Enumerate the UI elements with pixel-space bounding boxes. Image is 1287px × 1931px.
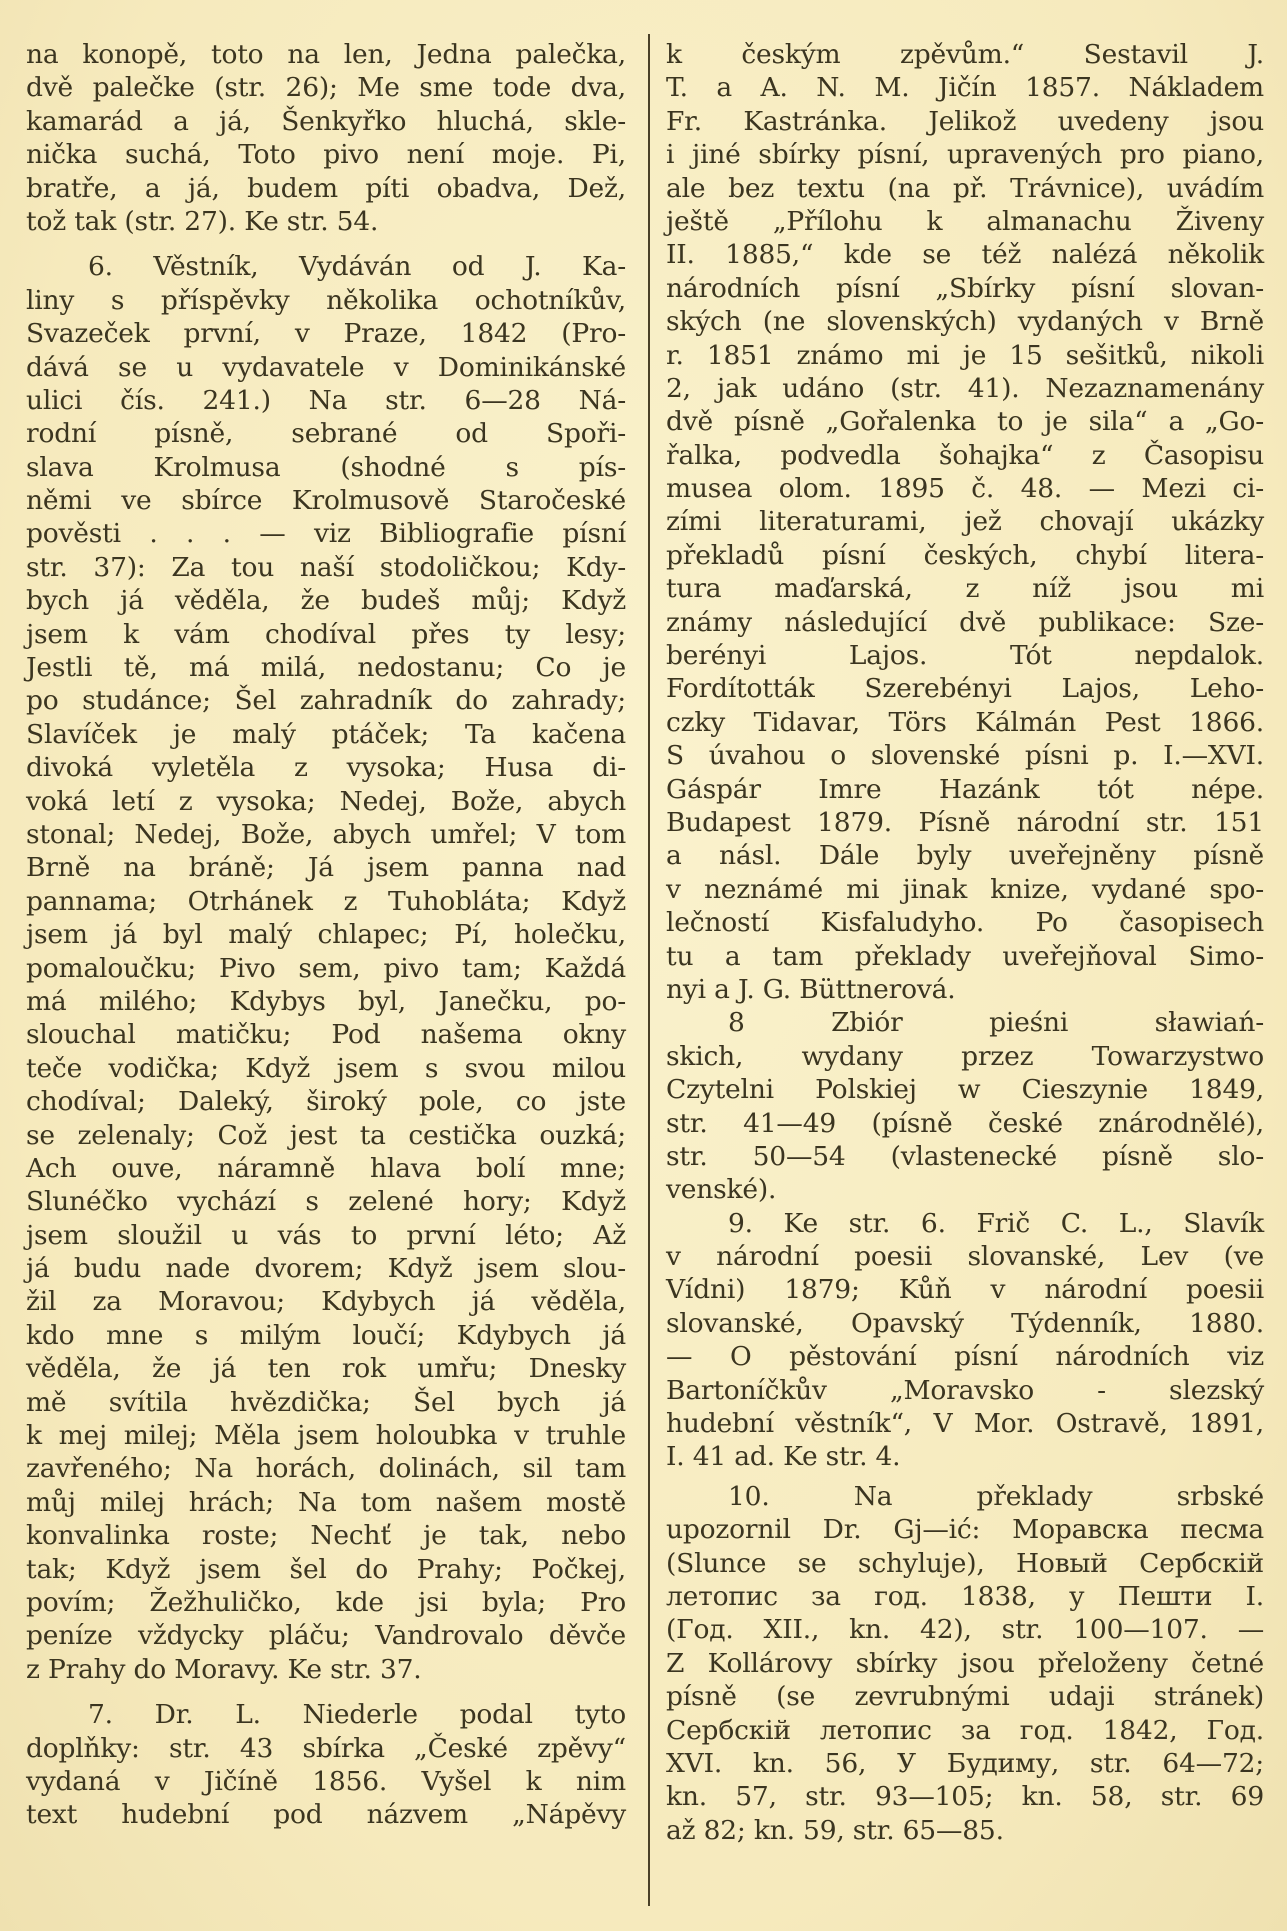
text-line: dvě palečke (str. 26); Me sme tode dva, (26, 71, 626, 104)
text-line: známy následující dvě publikace: Sze- (666, 606, 1264, 639)
text-line: má milého; Kdybys byl, Janečku, po- (26, 985, 626, 1018)
text-line: str. 37): Za tou naší stodoličkou; Kdy- (26, 551, 626, 584)
paragraph-item-7-continuation: k českým zpěvům.“ Sestavil J. T. a A. N.… (666, 38, 1264, 1006)
text-line: lečností Kisfaludyho. Po časopisech (666, 906, 1264, 939)
text-line: k českým zpěvům.“ Sestavil J. (666, 38, 1264, 71)
text-line: teče vodička; Když jsem s svou milou (26, 1052, 626, 1085)
text-line: slovanské, Opavský Týdenník, 1880. (666, 1307, 1264, 1340)
text-line: vydaná v Jičíně 1856. Vyšel k nim (26, 1765, 626, 1798)
text-line: tura maďarská, z níž jsou mi (666, 572, 1264, 605)
text-line: voká letí z vysoka; Nedej, Bože, abych (26, 785, 626, 818)
text-line: i jiné sbírky písní, upravených pro pian… (666, 138, 1264, 171)
text-line: r. 1851 známo mi je 15 sešitků, nikoli (666, 339, 1264, 372)
text-line: písně (se zevrubnými udaji stránek) (666, 1680, 1264, 1713)
text-line: ských (ne slovenských) vydaných v Brně (666, 305, 1264, 338)
text-line: летопис за год. 1838, у Пешти I. (666, 1580, 1264, 1613)
text-line: mě svítila hvězdička; Šel bych já (26, 1386, 626, 1419)
text-line: až 82; kn. 59, str. 65—85. (666, 1814, 1264, 1847)
left-column: na konopě, toto na len, Jedna palečka, d… (26, 38, 626, 1832)
text-line: Fr. Kastránka. Jelikož uvedeny jsou (666, 105, 1264, 138)
text-line: kdo mne s milým loučí; Kdybych já (26, 1319, 626, 1352)
text-line: Vídni) 1879; Kůň v národní poesii (666, 1273, 1264, 1306)
text-line: povím; Žežhuličko, kde jsi byla; Pro (26, 1586, 626, 1619)
paragraph-item-7: 7. Dr. L. Niederle podal tyto doplňky: s… (26, 1698, 626, 1832)
text-line: jsem k vám chodíval přes ty lesy; (26, 618, 626, 651)
text-line: I. 41 ad. Ke str. 4. (666, 1440, 1264, 1473)
paragraph-item-8: 8 Zbiór pieśni sławiań- skich, wydany pr… (666, 1006, 1264, 1206)
text-line: XVI. kn. 56, У Будиму, str. 64—72; (666, 1747, 1264, 1780)
book-page: na konopě, toto na len, Jedna palečka, d… (0, 0, 1287, 1931)
text-line: II. 1885,“ kde se též nalézá několik (666, 238, 1264, 271)
text-line: slouchal matičku; Pod našema okny (26, 1018, 626, 1051)
text-line: ale bez textu (na př. Trávnice), uvádím (666, 172, 1264, 205)
text-line: po studánce; Šel zahradník do zahrady; (26, 684, 626, 717)
text-line: tož tak (str. 27). Ke str. 54. (26, 205, 626, 238)
text-line: dvě písně „Gořalenka to je sila“ a „Go- (666, 405, 1264, 438)
text-line: k mej milej; Měla jsem holoubka v truhle (26, 1419, 626, 1452)
text-line: (Год. XII., kn. 42), str. 100—107. — (666, 1613, 1264, 1646)
text-line: venské). (666, 1173, 1264, 1206)
text-line: Fordították Szerebényi Lajos, Leho- (666, 672, 1264, 705)
text-line: němi ve sbírce Krolmusově Staročeské (26, 484, 626, 517)
text-line: Ach ouve, náramně hlava bolí mne; (26, 1152, 626, 1185)
paragraph-gap (26, 1686, 626, 1698)
text-line: dává se u vydavatele v Dominikánské (26, 351, 626, 384)
paragraph-continuation: na konopě, toto na len, Jedna palečka, d… (26, 38, 626, 238)
text-line: 2, jak udáno (str. 41). Nezaznamenány (666, 372, 1264, 405)
text-line: věděla, že já ten rok umřu; Dnesky (26, 1352, 626, 1385)
text-line: Slavíček je malý ptáček; Ta kačena (26, 718, 626, 751)
text-line: 8 Zbiór pieśni sławiań- (666, 1006, 1264, 1039)
text-line: Gáspár Imre Hazánk tót népe. (666, 773, 1264, 806)
text-line: já budu nade dvorem; Když jsem slou- (26, 1252, 626, 1285)
text-line: Bartoníčkův „Moravsko - slezský (666, 1374, 1264, 1407)
text-line: můj milej hrách; Na tom našem mostě (26, 1486, 626, 1519)
text-line: 6. Věstník, Vydáván od J. Ka- (26, 250, 626, 283)
text-line: pověsti . . . — viz Bibliografie písní (26, 517, 626, 550)
text-line: Jestli tě, má milá, nedostanu; Co je (26, 651, 626, 684)
text-line: czky Tidavar, Törs Kálmán Pest 1866. (666, 706, 1264, 739)
text-line: Svazeček první, v Praze, 1842 (Pro- (26, 317, 626, 350)
text-line: národních písní „Sbírky písní slovan- (666, 272, 1264, 305)
text-line: tak; Když jsem šel do Prahy; Počkej, (26, 1553, 626, 1586)
text-line: liny s příspěvky několika ochotníkův, (26, 284, 626, 317)
text-line: peníze vždycky pláču; Vandrovalo děvče (26, 1619, 626, 1652)
text-line: Z Kollárovy sbírky jsou přeloženy četné (666, 1647, 1264, 1680)
text-line: zími literaturami, jež chovají ukázky (666, 505, 1264, 538)
text-line: tu a tam překlady uveřejňoval Simo- (666, 940, 1264, 973)
text-line: z Prahy do Moravy. Ke str. 37. (26, 1653, 626, 1686)
text-line: str. 50—54 (vlastenecké písně slo- (666, 1140, 1264, 1173)
text-line: se zelenaly; Což jest ta cestička ouzká; (26, 1119, 626, 1152)
paragraph-gap (26, 238, 626, 250)
text-line: chodíval; Daleký, široký pole, co jste (26, 1085, 626, 1118)
paragraph-item-10: 10. Na překlady srbské upozornil Dr. Gj—… (666, 1480, 1264, 1847)
text-line: řalka, podvedla šohajka“ z Časopisu (666, 439, 1264, 472)
text-line: Slunéčko vychází s zelené hory; Když (26, 1185, 626, 1218)
text-line: v neznámé mi jinak knize, vydané spo- (666, 873, 1264, 906)
text-line: kn. 57, str. 93—105; kn. 58, str. 69 (666, 1780, 1264, 1813)
text-line: v národní poesii slovanské, Lev (ve (666, 1240, 1264, 1273)
text-line: 9. Ke str. 6. Frič C. L., Slavík (666, 1207, 1264, 1240)
text-line: Czytelni Polskiej w Cieszynie 1849, (666, 1073, 1264, 1106)
text-line: ulici čís. 241.) Na str. 6—28 Ná- (26, 384, 626, 417)
paragraph-item-9: 9. Ke str. 6. Frič C. L., Slavík v národ… (666, 1207, 1264, 1474)
text-line: jsem já byl malý chlapec; Pí, holečku, (26, 918, 626, 951)
text-line: bratře, a já, budem píti obadva, Dež, (26, 172, 626, 205)
text-line: nyi a J. G. Büttnerová. (666, 973, 1264, 1006)
text-line: žil za Moravou; Kdybych já věděla, (26, 1285, 626, 1318)
text-line: hudební věstník“, V Mor. Ostravě, 1891, (666, 1407, 1264, 1440)
right-column: k českým zpěvům.“ Sestavil J. T. a A. N.… (666, 38, 1264, 1847)
text-line: slava Krolmusa (shodné s pís- (26, 451, 626, 484)
text-line: nička suchá, Toto pivo není moje. Pi, (26, 138, 626, 171)
text-line: str. 41—49 (písně české znárodnělé), (666, 1107, 1264, 1140)
text-line: překladů písní českých, chybí litera- (666, 539, 1264, 572)
text-line: pannama; Otrhánek z Tuhobláta; Když (26, 885, 626, 918)
text-line: bych já věděla, že budeš můj; Když (26, 584, 626, 617)
text-line: skich, wydany przez Towarzystwo (666, 1040, 1264, 1073)
text-line: — O pěstování písní národních viz (666, 1340, 1264, 1373)
text-line: musea olom. 1895 č. 48. — Mezi ci- (666, 472, 1264, 505)
text-line: pomaloučku; Pivo sem, pivo tam; Každá (26, 952, 626, 985)
column-divider (648, 34, 650, 1906)
text-line: 7. Dr. L. Niederle podal tyto (26, 1698, 626, 1731)
text-line: rodní písně, sebrané od Spoři- (26, 417, 626, 450)
text-line: stonal; Nedej, Bože, abych umřel; V tom (26, 818, 626, 851)
text-line: upozornil Dr. Gj—ić: Моравска песма (666, 1513, 1264, 1546)
text-line: zavřeného; Na horách, dolinách, sil tam (26, 1452, 626, 1485)
text-line: text hudební pod názvem „Nápěvy (26, 1798, 626, 1831)
text-line: S úvahou o slovenské písni p. I.—XVI. (666, 739, 1264, 772)
text-line: Brně na bráně; Já jsem panna nad (26, 851, 626, 884)
text-line: berényi Lajos. Tót nepdalok. (666, 639, 1264, 672)
text-line: divoká vyletěla z vysoka; Husa di- (26, 751, 626, 784)
text-line: a násl. Dále byly uveřejněny písně (666, 839, 1264, 872)
text-line: na konopě, toto na len, Jedna palečka, (26, 38, 626, 71)
text-line: 10. Na překlady srbské (666, 1480, 1264, 1513)
paragraph-item-6: 6. Věstník, Vydáván od J. Ka- liny s pří… (26, 250, 626, 1686)
text-line: konvalinka roste; Nechť je tak, nebo (26, 1519, 626, 1552)
text-line: jsem sloužil u vás to první léto; Až (26, 1219, 626, 1252)
text-line: ještě „Přílohu k almanachu Živeny (666, 205, 1264, 238)
text-line: kamarád a já, Šenkyřko hluchá, skle- (26, 105, 626, 138)
text-line: doplňky: str. 43 sbírka „České zpěvy“ (26, 1732, 626, 1765)
text-line: (Slunce se schyluje), Новый Сербскій (666, 1547, 1264, 1580)
text-line: Budapest 1879. Písně národní str. 151 (666, 806, 1264, 839)
text-line: Сербскій летопис за год. 1842, Год. (666, 1714, 1264, 1747)
text-line: T. a A. N. M. Jičín 1857. Nákladem (666, 71, 1264, 104)
